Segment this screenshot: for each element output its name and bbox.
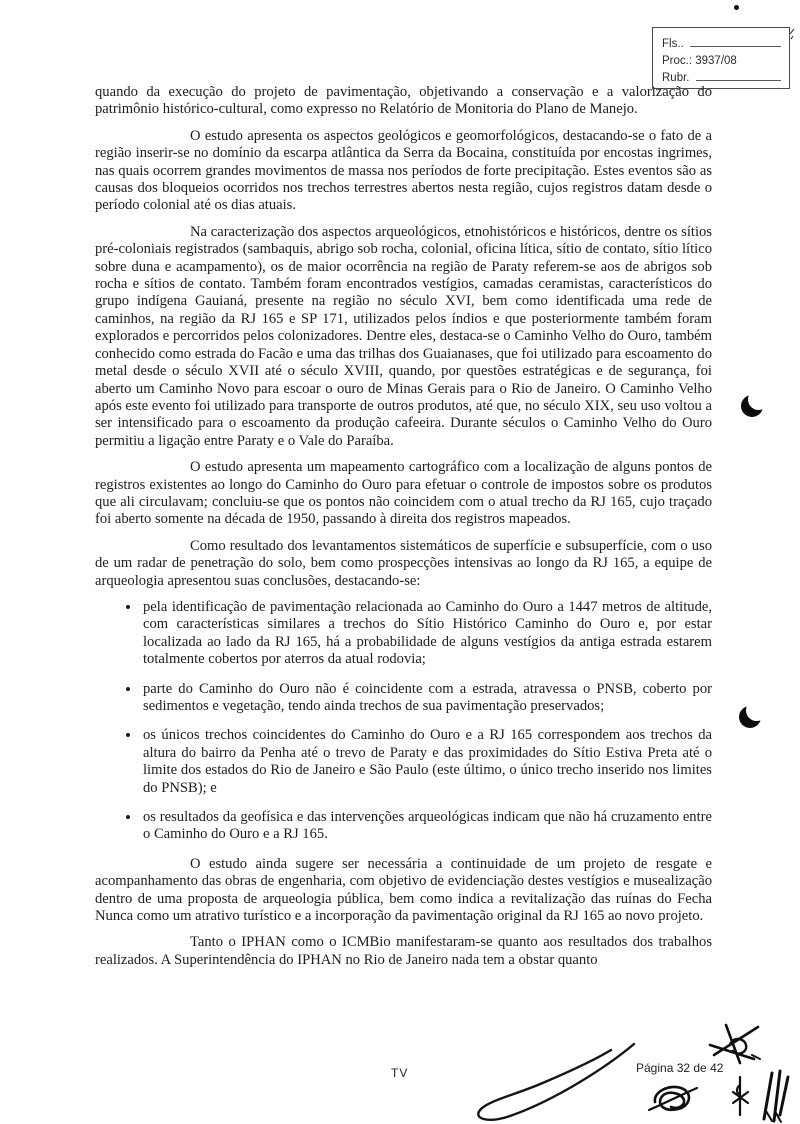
paragraph-archaeology: Na caracterização dos aspectos arqueológ…: [95, 224, 712, 450]
conclusions-list: pela identificação de pavimentação relac…: [95, 599, 712, 844]
rubric-scribble: [645, 1080, 701, 1118]
paragraph-survey-results: Como resultado dos levantamentos sistemá…: [95, 538, 712, 590]
paragraph-iphan-icmbio: Tanto o IPHAN como o ICMBio manifestaram…: [95, 934, 712, 969]
rubr-blank-line: [696, 80, 782, 81]
scan-blob-artifact-upper: [741, 395, 767, 421]
scan-blob-artifact-lower: [739, 706, 765, 732]
conclusion-item-1: pela identificação de pavimentação relac…: [141, 599, 712, 669]
stamp-row-rubr: Rubr.: [662, 67, 783, 84]
stamp-row-fls: Fls..: [662, 33, 783, 50]
proc-number: Proc.: 3937/08: [662, 55, 737, 67]
fls-label: Fls..: [662, 38, 684, 50]
document-page: Fls.. Proc.: 3937/08 Rubr. quando da exe…: [0, 0, 800, 1124]
document-body: quando da execução do projeto de pavimen…: [95, 84, 712, 978]
stamp-row-proc: Proc.: 3937/08: [662, 50, 783, 67]
rubr-label: Rubr.: [662, 72, 690, 84]
conclusion-item-3: os únicos trechos coincidentes do Caminh…: [141, 727, 712, 797]
paragraph-recommendations: O estudo ainda sugere ser necessária a c…: [95, 856, 712, 926]
paragraph-mapping: O estudo apresenta um mapeamento cartogr…: [95, 459, 712, 529]
stamp-pen-tick: [788, 28, 796, 40]
footer-initials: TV: [391, 1066, 408, 1080]
handwritten-margin-marks: [700, 1015, 800, 1124]
scan-dot-artifact: [734, 5, 739, 10]
process-stamp-box: Fls.. Proc.: 3937/08 Rubr.: [652, 27, 790, 89]
signature-mark: [448, 1038, 643, 1123]
conclusion-item-2: parte do Caminho do Ouro não é coinciden…: [141, 681, 712, 716]
fls-blank-line: [690, 46, 781, 47]
paragraph-continuation: quando da execução do projeto de pavimen…: [95, 84, 712, 119]
paragraph-geology: O estudo apresenta os aspectos geológico…: [95, 128, 712, 215]
conclusion-item-4: os resultados da geofísica e das interve…: [141, 809, 712, 844]
